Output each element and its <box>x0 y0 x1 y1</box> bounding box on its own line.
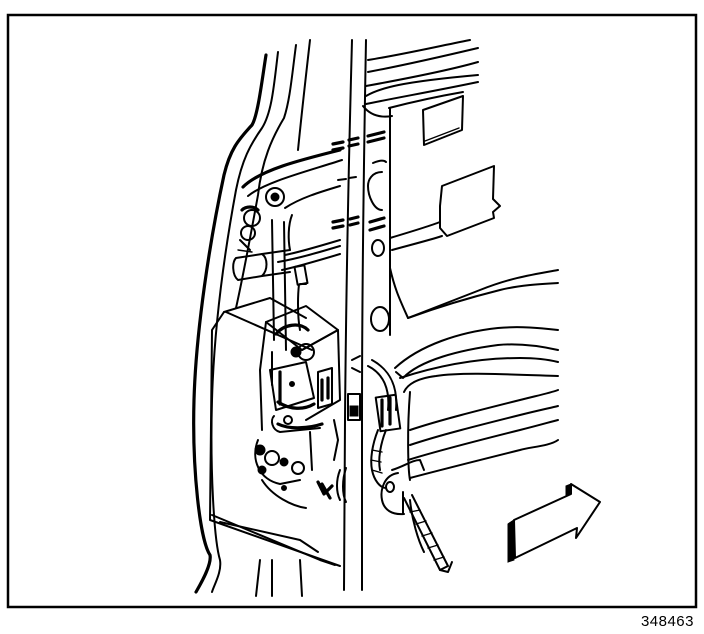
figure-number: 348463 <box>641 613 694 630</box>
door-illustration-svg <box>0 0 704 634</box>
forward-arrow-icon <box>508 484 600 562</box>
body-panel <box>363 40 558 480</box>
figure-frame <box>8 15 696 607</box>
door-outer-edge <box>194 40 310 592</box>
pillar-lines <box>333 40 366 590</box>
technical-illustration <box>0 0 704 634</box>
inner-door-panel <box>210 298 340 596</box>
